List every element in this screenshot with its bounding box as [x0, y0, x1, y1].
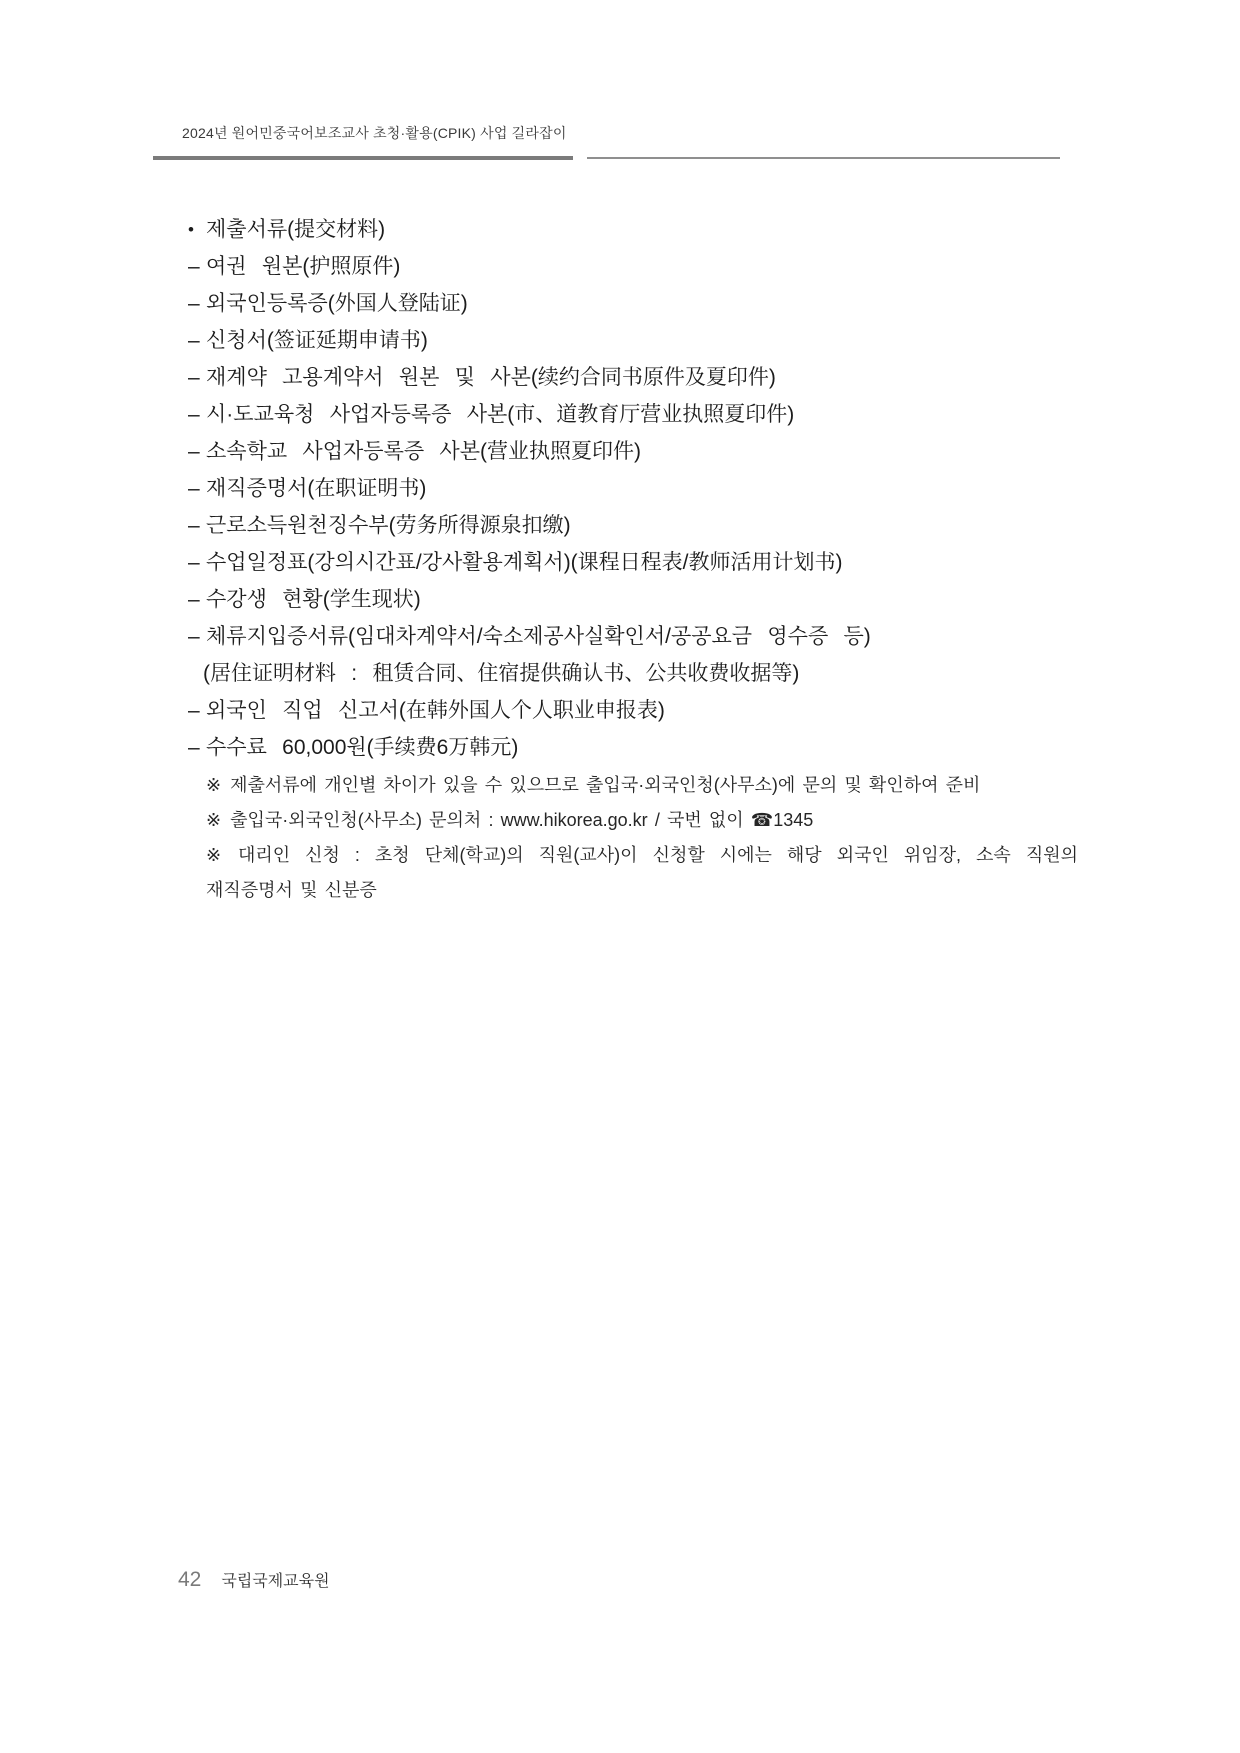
list-item-text: 시·도교육청 사업자등록증 사본(市、道教育厅营业执照夏印件): [206, 396, 1098, 433]
list-item-text: 외국인 직업 신고서(在韩外国人个人职业申报表): [206, 692, 1098, 729]
document-list: • 제출서류(提交材料) – 여권 원본(护照原件) – 외국인등록증(外国人登…: [188, 211, 1098, 766]
list-item: – 재계약 고용계약서 원본 및 사본(续约合同书原件及夏印件): [188, 359, 1098, 396]
list-item: • 제출서류(提交材料): [188, 211, 1098, 248]
header-rule-thick: [153, 156, 573, 160]
list-item-text: 수업일정표(강의시간표/강사활용계획서)(课程日程表/教师活用计划书): [206, 544, 1098, 581]
list-item: – 수업일정표(강의시간표/강사활용계획서)(课程日程表/教师活用计划书): [188, 544, 1098, 581]
list-item-text: 외국인등록증(外国人登陆证): [206, 285, 1098, 322]
reference-notes: ※제출서류에 개인별 차이가 있을 수 있으므로 출입국·외국인청(사무소)에 …: [206, 768, 1078, 908]
list-item-text: 제출서류(提交材料): [206, 211, 1098, 248]
list-item: – 외국인 직업 신고서(在韩外国人个人职业申报表): [188, 692, 1098, 729]
page-number: 42: [178, 1568, 201, 1592]
list-item: – 시·도교육청 사업자등록증 사본(市、道教育厅营业执照夏印件): [188, 396, 1098, 433]
dash-icon: –: [188, 285, 206, 322]
dash-icon: –: [188, 248, 206, 285]
footer-org-name: 국립국제교육원: [221, 1568, 329, 1591]
header-title: 2024년 원어민중국어보조교사 초청·활용(CPIK) 사업 길라잡이: [182, 124, 567, 143]
list-item-text: 신청서(签证延期申请书): [206, 322, 1098, 359]
dash-icon: –: [188, 544, 206, 581]
dash-icon: –: [188, 507, 206, 544]
note-contact: ※출입국·외국인청(사무소) 문의처 : www.hikorea.go.kr /…: [206, 803, 1078, 838]
dash-icon: –: [188, 470, 206, 507]
reference-mark-icon: ※: [206, 810, 221, 830]
header-rule-thin: [587, 157, 1060, 159]
note-text: 제출서류에 개인별 차이가 있을 수 있으므로 출입국·외국인청(사무소)에 문…: [230, 775, 980, 795]
page-footer: 42 국립국제교육원: [178, 1568, 330, 1592]
list-item: – 신청서(签证延期申请书): [188, 322, 1098, 359]
list-item-text: 체류지입증서류(임대차계약서/숙소제공사실확인서/공공요금 영수증 등): [206, 618, 1098, 655]
dash-icon: –: [188, 618, 206, 655]
list-item-text: 소속학교 사업자등록증 사본(营业执照夏印件): [206, 433, 1098, 470]
reference-mark-icon: ※: [206, 775, 221, 795]
list-item: – 수수료 60,000원(手续费6万韩元): [188, 729, 1098, 766]
note-text: 출입국·외국인청(사무소) 문의처 : www.hikorea.go.kr / …: [230, 810, 813, 830]
bullet-icon: •: [188, 211, 206, 248]
list-item: – 소속학교 사업자등록증 사본(营业执照夏印件): [188, 433, 1098, 470]
dash-icon: –: [188, 396, 206, 433]
note-proxy-application: ※대리인 신청 : 초청 단체(학교)의 직원(교사)이 신청할 시에는 해당 …: [206, 838, 1078, 908]
reference-mark-icon: ※: [206, 845, 229, 865]
note-text-line: 재직증명서 및 신분증: [206, 873, 1078, 908]
dash-icon: –: [188, 322, 206, 359]
list-item-text: (居住证明材料 : 租赁合同、住宿提供确认书、公共收费收据等): [203, 655, 1098, 692]
dash-icon: –: [188, 692, 206, 729]
list-item: – 여권 원본(护照原件): [188, 248, 1098, 285]
list-item: – 체류지입증서류(임대차계약서/숙소제공사실확인서/공공요금 영수증 등): [188, 618, 1098, 655]
dash-icon: –: [188, 729, 206, 766]
list-item-continuation: (居住证明材料 : 租赁合同、住宿提供确认书、公共收费收据等): [188, 655, 1098, 692]
list-item-text: 여권 원본(护照原件): [206, 248, 1098, 285]
dash-icon: –: [188, 581, 206, 618]
list-item: – 외국인등록증(外国人登陆证): [188, 285, 1098, 322]
list-item-text: 재직증명서(在职证明书): [206, 470, 1098, 507]
document-page: 2024년 원어민중국어보조교사 초청·활용(CPIK) 사업 길라잡이 • 제…: [0, 0, 1240, 1753]
note-text-line: ※대리인 신청 : 초청 단체(학교)의 직원(교사)이 신청할 시에는 해당 …: [206, 838, 1078, 873]
list-item: – 근로소득원천징수부(劳务所得源泉扣缴): [188, 507, 1098, 544]
list-item-text: 수강생 현황(学生现状): [206, 581, 1098, 618]
list-item: – 재직증명서(在职证明书): [188, 470, 1098, 507]
list-item-text: 수수료 60,000원(手续费6万韩元): [206, 729, 1098, 766]
dash-icon: –: [188, 359, 206, 396]
list-item: – 수강생 현황(学生现状): [188, 581, 1098, 618]
list-item-text: 근로소득원천징수부(劳务所得源泉扣缴): [206, 507, 1098, 544]
dash-icon: –: [188, 433, 206, 470]
list-item-text: 재계약 고용계약서 원본 및 사본(续约合同书原件及夏印件): [206, 359, 1098, 396]
note-text: 대리인 신청 : 초청 단체(학교)의 직원(교사)이 신청할 시에는 해당 외…: [238, 845, 1078, 865]
note: ※제출서류에 개인별 차이가 있을 수 있으므로 출입국·외국인청(사무소)에 …: [206, 768, 1078, 803]
